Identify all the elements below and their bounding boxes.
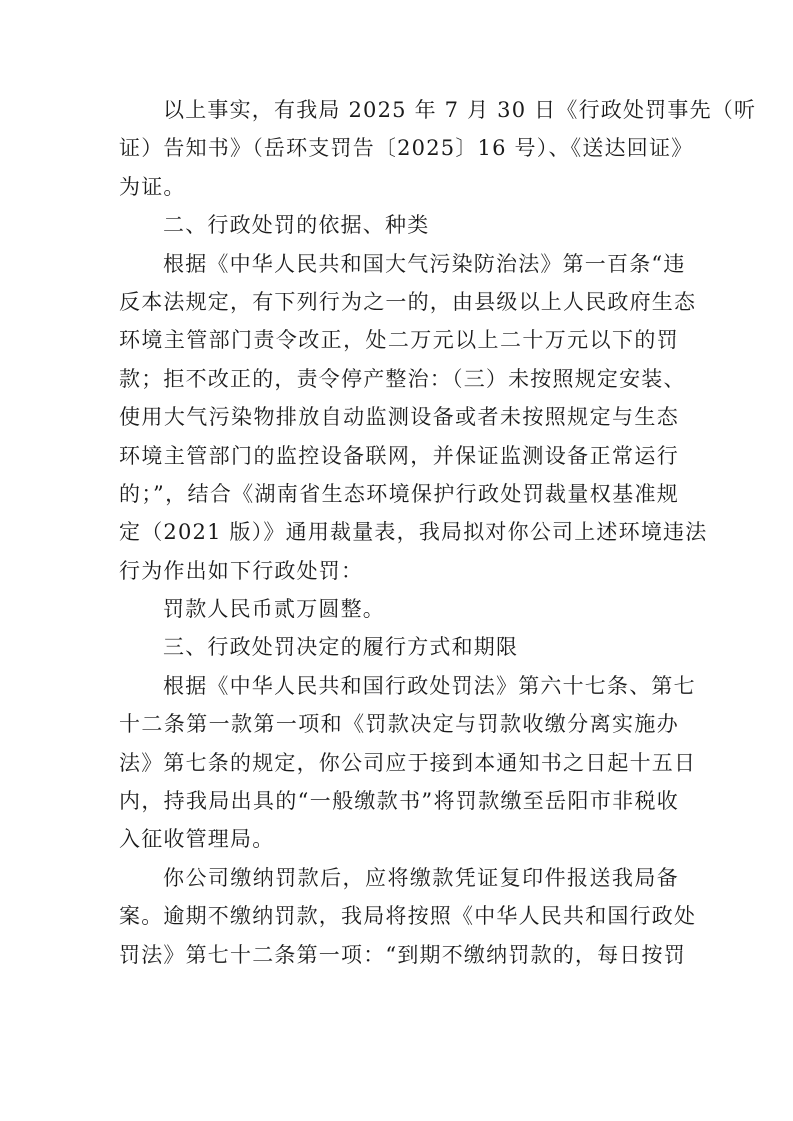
text-line: 证）告知书》（岳环支罚告〔2025〕16 号）、《送达回证》 bbox=[119, 129, 679, 167]
text-line: 法》第七条的规定，你公司应于接到本通知书之日起十五日 bbox=[119, 744, 679, 782]
text-line: 的；”，结合《湖南省生态环境保护行政处罚裁量权基准规 bbox=[119, 475, 679, 513]
text-line: 三、行政处罚决定的履行方式和期限 bbox=[119, 628, 679, 666]
text-line: 根据《中华人民共和国行政处罚法》第六十七条、第七 bbox=[119, 667, 679, 705]
text-line: 款；拒不改正的，责令停产整治：（三）未按照规定安装、 bbox=[119, 360, 679, 398]
text-line: 为证。 bbox=[119, 168, 679, 206]
text-line: 以上事实，有我局 2025 年 7 月 30 日《行政处罚事先（听 bbox=[119, 91, 679, 129]
text-line: 环境主管部门责令改正，处二万元以上二十万元以下的罚 bbox=[119, 321, 679, 359]
text-line: 案。逾期不缴纳罚款，我局将按照《中华人民共和国行政处 bbox=[119, 897, 679, 935]
text-line: 入征收管理局。 bbox=[119, 820, 679, 858]
text-line: 你公司缴纳罚款后，应将缴款凭证复印件报送我局备 bbox=[119, 859, 679, 897]
text-line: 环境主管部门的监控设备联网，并保证监测设备正常运行 bbox=[119, 437, 679, 475]
text-line: 反本法规定，有下列行为之一的，由县级以上人民政府生态 bbox=[119, 283, 679, 321]
text-line: 罚法》第七十二条第一项：“到期不缴纳罚款的，每日按罚 bbox=[119, 936, 679, 974]
text-line: 二、行政处罚的依据、种类 bbox=[119, 206, 679, 244]
text-line: 十二条第一款第一项和《罚款决定与罚款收缴分离实施办 bbox=[119, 705, 679, 743]
text-line: 罚款人民币贰万圆整。 bbox=[119, 590, 679, 628]
text-line: 根据《中华人民共和国大气污染防治法》第一百条“违 bbox=[119, 245, 679, 283]
text-line: 内，持我局出具的“一般缴款书”将罚款缴至岳阳市非税收 bbox=[119, 782, 679, 820]
text-line: 行为作出如下行政处罚： bbox=[119, 552, 679, 590]
text-line: 定（2021 版）》通用裁量表，我局拟对你公司上述环境违法 bbox=[119, 513, 679, 551]
document-page: 以上事实，有我局 2025 年 7 月 30 日《行政处罚事先（听证）告知书》（… bbox=[119, 91, 679, 974]
text-line: 使用大气污染物排放自动监测设备或者未按照规定与生态 bbox=[119, 398, 679, 436]
